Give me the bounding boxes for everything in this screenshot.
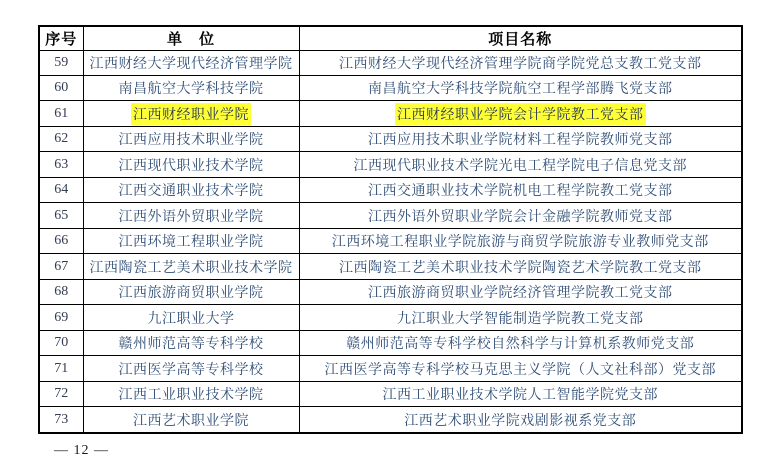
table-row: 60 南昌航空大学科技学院 南昌航空大学科技学院航空工程学部腾飞党支部 <box>39 75 742 100</box>
page-number: — 12 — <box>54 443 109 459</box>
project-text: 九江职业大学智能制造学院教工党支部 <box>395 307 646 329</box>
serial-number-text: 60 <box>54 80 68 95</box>
serial-number-text: 67 <box>54 259 68 274</box>
unit-text: 江西陶瓷工艺美术职业技术学院 <box>88 256 295 278</box>
project-text: 江西工业职业技术学院人工智能学院党支部 <box>381 383 661 405</box>
project-text: 江西财经职业学院会计学院教工党支部 <box>395 103 646 125</box>
unit-text: 江西医学高等专科学校 <box>117 358 266 380</box>
unit-cell: 江西旅游商贸职业学院 <box>83 279 299 304</box>
project-text: 江西环境工程职业学院旅游与商贸学院旅游专业教师党支部 <box>330 230 711 252</box>
row-serial-number: 69 <box>39 305 83 330</box>
project-cell: 江西交通职业技术学院机电工程学院教工党支部 <box>299 177 742 202</box>
table-row: 70 赣州师范高等专科学校 赣州师范高等专科学校自然科学与计算机系教师党支部 <box>39 330 742 355</box>
unit-cell: 江西应用技术职业学院 <box>83 126 299 151</box>
unit-cell: 江西陶瓷工艺美术职业技术学院 <box>83 254 299 279</box>
unit-cell: 江西交通职业技术学院 <box>83 177 299 202</box>
row-serial-number: 70 <box>39 330 83 355</box>
unit-cell: 江西财经职业学院 <box>83 101 299 126</box>
document-page: 序号 单 位 项目名称 59 江西财经大学现代经济管理学院 江西财经大学现代经济… <box>0 0 777 471</box>
project-cell: 江西医学高等专科学校马克思主义学院（人文社科部）党支部 <box>299 356 742 381</box>
table-row: 69 九江职业大学 九江职业大学智能制造学院教工党支部 <box>39 305 742 330</box>
unit-cell: 江西工业职业技术学院 <box>83 381 299 406</box>
project-text: 江西交通职业技术学院机电工程学院教工党支部 <box>366 179 675 201</box>
unit-text: 赣州师范高等专科学校 <box>117 332 266 354</box>
header-project-name: 项目名称 <box>299 26 742 50</box>
project-text: 江西现代职业技术学院光电工程学院电子信息党支部 <box>352 154 690 176</box>
serial-number-text: 62 <box>54 131 68 146</box>
header-serial-number: 序号 <box>39 26 83 50</box>
project-text: 江西医学高等专科学校马克思主义学院（人文社科部）党支部 <box>323 358 719 380</box>
party-branch-table: 序号 单 位 项目名称 59 江西财经大学现代经济管理学院 江西财经大学现代经济… <box>38 25 743 434</box>
table-row: 65 江西外语外贸职业学院 江西外语外贸职业学院会计金融学院教师党支部 <box>39 203 742 228</box>
project-cell: 九江职业大学智能制造学院教工党支部 <box>299 305 742 330</box>
row-serial-number: 59 <box>39 50 83 75</box>
table-row: 71 江西医学高等专科学校 江西医学高等专科学校马克思主义学院（人文社科部）党支… <box>39 356 742 381</box>
project-cell: 江西环境工程职业学院旅游与商贸学院旅游专业教师党支部 <box>299 228 742 253</box>
project-text: 江西陶瓷工艺美术职业技术学院陶瓷艺术学院教工党支部 <box>337 256 704 278</box>
project-text: 江西旅游商贸职业学院经济管理学院教工党支部 <box>366 281 675 303</box>
unit-text: 江西艺术职业学院 <box>131 409 251 431</box>
row-serial-number: 62 <box>39 126 83 151</box>
serial-number-text: 69 <box>54 310 68 325</box>
row-serial-number: 65 <box>39 203 83 228</box>
unit-cell: 江西外语外贸职业学院 <box>83 203 299 228</box>
row-serial-number: 61 <box>39 101 83 126</box>
table-row: 64 江西交通职业技术学院 江西交通职业技术学院机电工程学院教工党支部 <box>39 177 742 202</box>
project-text: 江西艺术职业学院戏剧影视系党支部 <box>402 409 638 431</box>
row-serial-number: 60 <box>39 75 83 100</box>
serial-number-text: 63 <box>54 157 68 172</box>
unit-text: 江西现代职业技术学院 <box>117 154 266 176</box>
project-text: 南昌航空大学科技学院航空工程学部腾飞党支部 <box>366 77 675 99</box>
serial-number-text: 71 <box>54 361 68 376</box>
table-row: 63 江西现代职业技术学院 江西现代职业技术学院光电工程学院电子信息党支部 <box>39 152 742 177</box>
table-row: 68 江西旅游商贸职业学院 江西旅游商贸职业学院经济管理学院教工党支部 <box>39 279 742 304</box>
project-cell: 江西旅游商贸职业学院经济管理学院教工党支部 <box>299 279 742 304</box>
unit-text: 江西交通职业技术学院 <box>117 179 266 201</box>
table-row: 59 江西财经大学现代经济管理学院 江西财经大学现代经济管理学院商学院党总支教工… <box>39 50 742 75</box>
unit-text: 江西工业职业技术学院 <box>117 383 266 405</box>
unit-text: 江西外语外贸职业学院 <box>117 205 266 227</box>
row-serial-number: 64 <box>39 177 83 202</box>
unit-text: 九江职业大学 <box>146 307 237 329</box>
row-serial-number: 71 <box>39 356 83 381</box>
project-cell: 江西外语外贸职业学院会计金融学院教师党支部 <box>299 203 742 228</box>
unit-text: 江西应用技术职业学院 <box>117 128 266 150</box>
project-cell: 江西艺术职业学院戏剧影视系党支部 <box>299 407 742 433</box>
project-cell: 江西财经职业学院会计学院教工党支部 <box>299 101 742 126</box>
serial-number-text: 64 <box>54 182 68 197</box>
project-cell: 赣州师范高等专科学校自然科学与计算机系教师党支部 <box>299 330 742 355</box>
unit-text: 南昌航空大学科技学院 <box>117 77 266 99</box>
serial-number-text: 65 <box>54 208 68 223</box>
unit-cell: 江西医学高等专科学校 <box>83 356 299 381</box>
row-serial-number: 73 <box>39 407 83 433</box>
row-serial-number: 67 <box>39 254 83 279</box>
row-serial-number: 68 <box>39 279 83 304</box>
unit-cell: 赣州师范高等专科学校 <box>83 330 299 355</box>
project-cell: 江西财经大学现代经济管理学院商学院党总支教工党支部 <box>299 50 742 75</box>
unit-text: 江西环境工程职业学院 <box>117 230 266 252</box>
project-text: 江西外语外贸职业学院会计金融学院教师党支部 <box>366 205 675 227</box>
table-row: 73 江西艺术职业学院 江西艺术职业学院戏剧影视系党支部 <box>39 407 742 433</box>
table-row: 72 江西工业职业技术学院 江西工业职业技术学院人工智能学院党支部 <box>39 381 742 406</box>
project-cell: 南昌航空大学科技学院航空工程学部腾飞党支部 <box>299 75 742 100</box>
serial-number-text: 61 <box>54 106 68 121</box>
serial-number-text: 72 <box>54 386 68 401</box>
serial-number-text: 73 <box>54 412 68 427</box>
serial-number-text: 68 <box>54 284 68 299</box>
row-serial-number: 66 <box>39 228 83 253</box>
table-header-row: 序号 单 位 项目名称 <box>39 26 742 50</box>
table-row: 67 江西陶瓷工艺美术职业技术学院 江西陶瓷工艺美术职业技术学院陶瓷艺术学院教工… <box>39 254 742 279</box>
unit-cell: 江西现代职业技术学院 <box>83 152 299 177</box>
table-row: 62 江西应用技术职业学院 江西应用技术职业学院材料工程学院教师党支部 <box>39 126 742 151</box>
table-row: 66 江西环境工程职业学院 江西环境工程职业学院旅游与商贸学院旅游专业教师党支部 <box>39 228 742 253</box>
unit-cell: 南昌航空大学科技学院 <box>83 75 299 100</box>
unit-cell: 江西艺术职业学院 <box>83 407 299 433</box>
project-cell: 江西应用技术职业学院材料工程学院教师党支部 <box>299 126 742 151</box>
unit-cell: 江西财经大学现代经济管理学院 <box>83 50 299 75</box>
project-cell: 江西陶瓷工艺美术职业技术学院陶瓷艺术学院教工党支部 <box>299 254 742 279</box>
unit-cell: 九江职业大学 <box>83 305 299 330</box>
project-cell: 江西工业职业技术学院人工智能学院党支部 <box>299 381 742 406</box>
row-serial-number: 72 <box>39 381 83 406</box>
row-serial-number: 63 <box>39 152 83 177</box>
project-cell: 江西现代职业技术学院光电工程学院电子信息党支部 <box>299 152 742 177</box>
unit-text: 江西财经大学现代经济管理学院 <box>88 52 295 74</box>
unit-text: 江西财经职业学院 <box>131 103 251 125</box>
serial-number-text: 70 <box>54 335 68 350</box>
header-unit: 单 位 <box>83 26 299 50</box>
unit-cell: 江西环境工程职业学院 <box>83 228 299 253</box>
unit-text: 江西旅游商贸职业学院 <box>117 281 266 303</box>
serial-number-text: 59 <box>54 55 68 70</box>
project-text: 赣州师范高等专科学校自然科学与计算机系教师党支部 <box>344 332 696 354</box>
project-text: 江西财经大学现代经济管理学院商学院党总支教工党支部 <box>337 52 704 74</box>
project-text: 江西应用技术职业学院材料工程学院教师党支部 <box>366 128 675 150</box>
serial-number-text: 66 <box>54 233 68 248</box>
table-row: 61 江西财经职业学院 江西财经职业学院会计学院教工党支部 <box>39 101 742 126</box>
